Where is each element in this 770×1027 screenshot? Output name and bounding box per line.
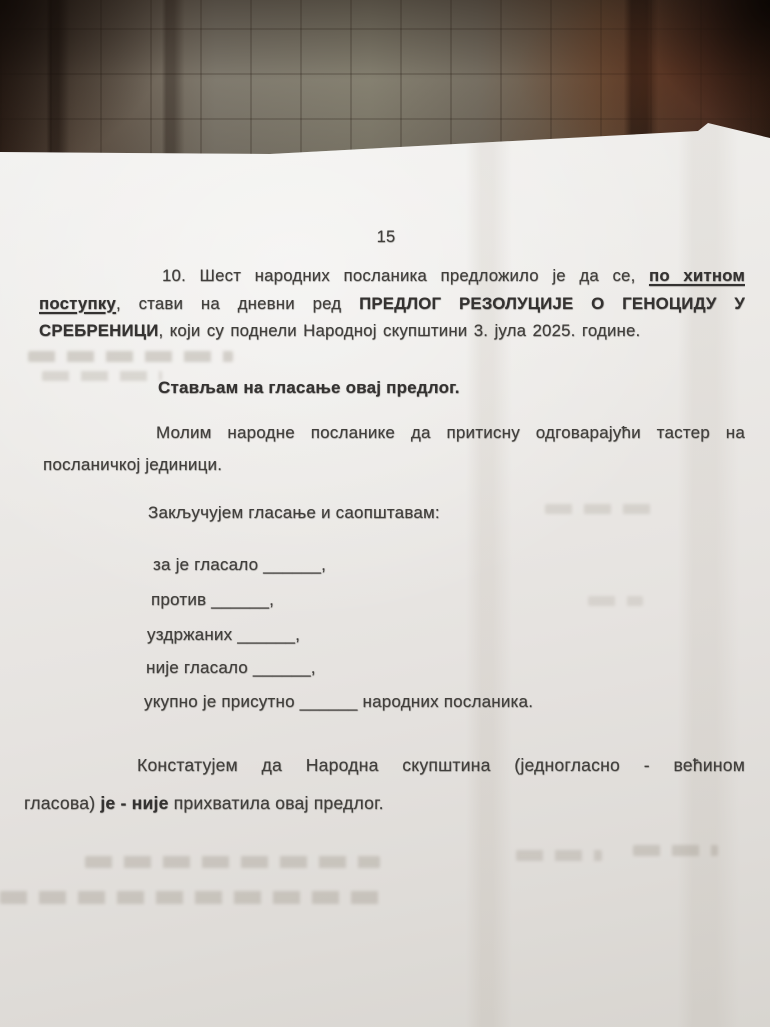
vote-line-for: за је гласало ______, [153,548,326,582]
text-segment: Констатујем да Народна скупштина (једног… [137,755,745,775]
text-line: гласова) је - није прихватила овај предл… [24,784,745,822]
text-segment-bold: је - није [100,793,168,813]
text-line: Констатујем да Народна скупштина (једног… [24,746,745,784]
bleedthrough-text [42,371,162,381]
page-number: 15 [340,228,432,247]
text-segment-bold: ПРЕДЛОГ РЕЗОЛУЦИЈЕ О ГЕНОЦИДУ У [359,294,745,313]
text-segment-bold: СРЕБРЕНИЦИ [39,321,158,340]
bleedthrough-text [28,351,233,362]
vote-line-against: против ______, [151,583,274,617]
bleedthrough-text [588,596,643,606]
paragraph-conclusion: Констатујем да Народна скупштина (једног… [24,746,745,822]
vote-line-total-present: укупно је присутно ______ народних посла… [144,685,533,719]
text-segment: , стави на дневни ред [116,294,359,313]
statement-put-to-vote: Стављам на гласање овај предлог. [158,374,460,402]
document-page: 15 10. Шест народних посланика предложил… [0,0,770,1027]
text-line: поступку, стави на дневни ред ПРЕДЛОГ РЕ… [39,290,745,318]
text-line: посланичкој јединици. [43,449,745,481]
bleedthrough-text [516,850,602,861]
vote-line-abstained: уздржаних ______, [147,618,300,652]
vote-line-not-voted: није гласало ______, [146,651,316,685]
bleedthrough-text [0,891,385,904]
text-line: 10. Шест народних посланика предложило ј… [39,262,745,290]
request-press-button: Молим народне посланике да притисну одго… [43,417,745,481]
text-line: СРЕБРЕНИЦИ, који су поднели Народној ску… [39,317,745,345]
text-segment: прихватила овај предлог. [169,793,384,813]
text-segment: Молим народне посланике да притисну одго… [156,423,745,442]
text-segment-bold-underline: по хитном [649,266,745,285]
paragraph-agenda-proposal: 10. Шест народних посланика предложило ј… [39,262,745,345]
text-segment: , који су поднели Народној скупштини 3. … [158,321,640,340]
text-segment: гласова) [24,793,100,813]
closing-announcement: Закључујем гласање и саопштавам: [148,497,440,529]
text-segment: 10. Шест народних посланика предложило ј… [162,266,649,285]
bleedthrough-text [85,856,380,868]
bleedthrough-text [633,845,718,856]
bleedthrough-text [545,504,655,514]
text-line: Молим народне посланике да притисну одго… [43,417,745,449]
text-segment-bold-underline: поступку [39,294,116,313]
